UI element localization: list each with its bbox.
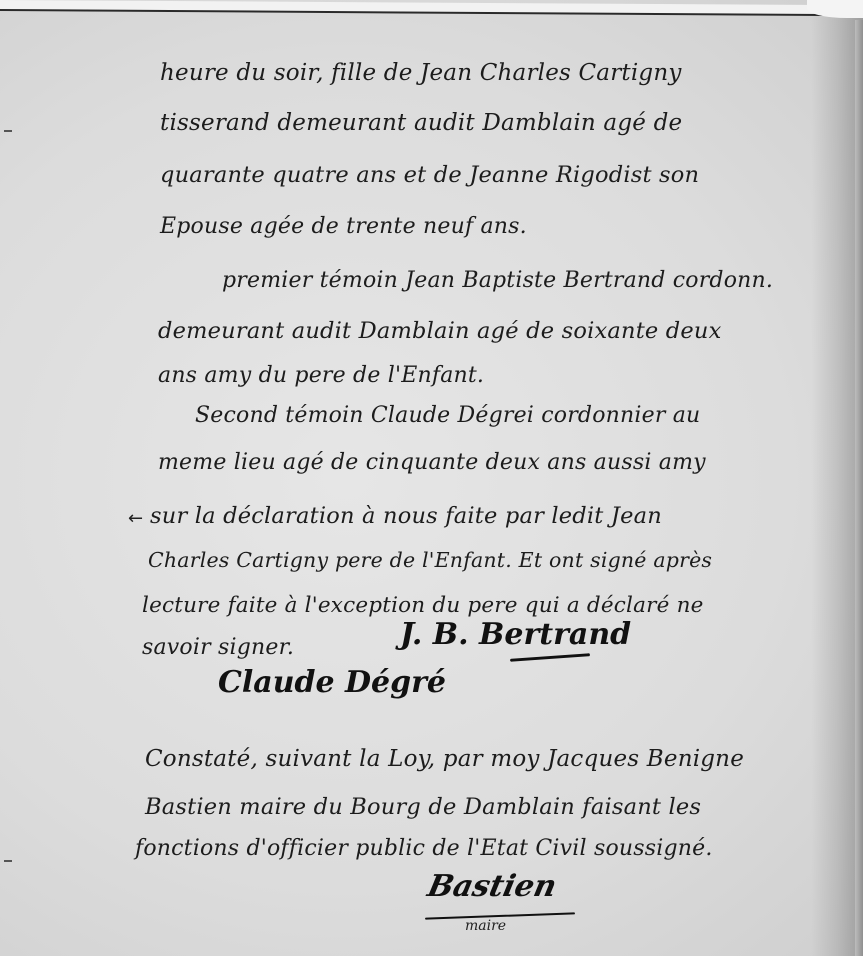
signature-witness-degre: Claude Dégré xyxy=(218,668,446,698)
text-line-11: Charles Cartigny pere de l'Enfant. Et on… xyxy=(148,550,712,571)
text-line-9: meme lieu agé de cinquante deux ans auss… xyxy=(158,452,706,474)
margin-mark xyxy=(4,130,12,132)
text-line-13: savoir signer. xyxy=(142,637,294,659)
mayor-title: maire xyxy=(465,918,506,934)
page-binding-shadow xyxy=(855,20,863,956)
text-line-1: heure du soir, fille de Jean Charles Car… xyxy=(160,62,682,85)
margin-mark xyxy=(4,860,12,862)
text-line-5: premier témoin Jean Baptiste Bertrand co… xyxy=(222,270,773,292)
closing-line-2: Bastien maire du Bourg de Damblain faisa… xyxy=(145,796,701,819)
closing-line-1: Constaté, suivant la Loy, par moy Jacque… xyxy=(145,748,744,771)
text-line-12: lecture faite à l'exception du pere qui … xyxy=(142,595,704,617)
page-top-edge xyxy=(0,0,863,16)
signature-witness-bertrand: J. B. Bertrand xyxy=(400,620,631,650)
text-line-8: Second témoin Claude Dégrei cordonnier a… xyxy=(195,405,700,427)
text-line-6: demeurant audit Damblain agé de soixante… xyxy=(158,320,722,343)
margin-arrow-icon: ← xyxy=(128,508,143,529)
manuscript-page: heure du soir, fille de Jean Charles Car… xyxy=(0,0,863,956)
text-line-2: tisserand demeurant audit Damblain agé d… xyxy=(160,112,682,135)
signature-flourish xyxy=(510,653,590,662)
text-line-7: ans amy du pere de l'Enfant. xyxy=(158,365,484,387)
text-line-10: sur la déclaration à nous faite par ledi… xyxy=(150,505,662,528)
closing-line-3: fonctions d'officier public de l'Etat Ci… xyxy=(135,838,713,860)
text-line-3: quarante quatre ans et de Jeanne Rigodis… xyxy=(160,164,699,187)
signature-mayor: Bastien xyxy=(425,872,559,902)
text-line-4: Epouse agée de trente neuf ans. xyxy=(160,216,527,238)
